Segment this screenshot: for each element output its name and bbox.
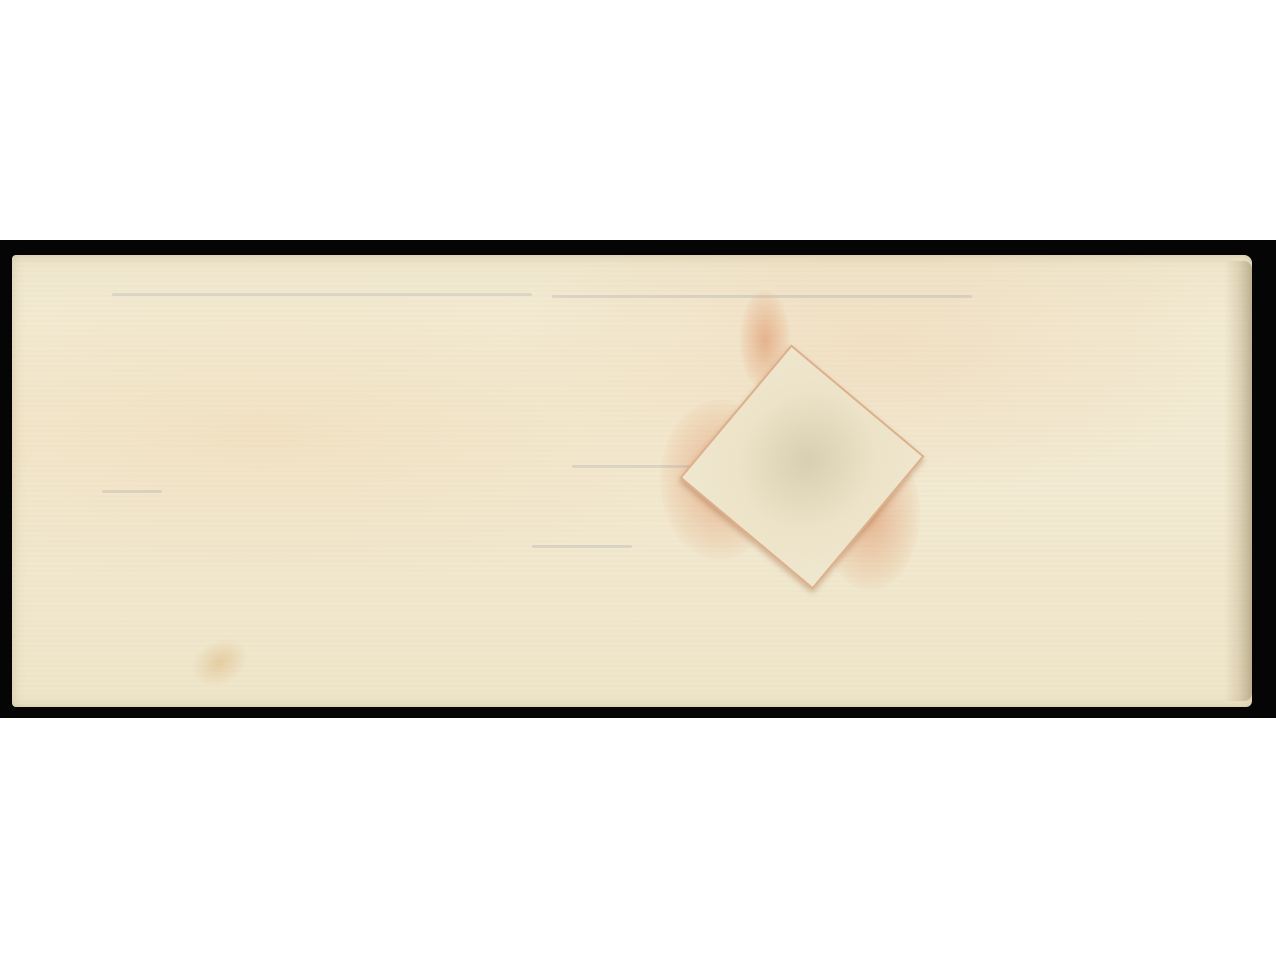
show-through-ink-line bbox=[112, 293, 532, 296]
folded-letter bbox=[12, 255, 1252, 707]
show-through-ink-line bbox=[532, 545, 632, 548]
fold-edge bbox=[1224, 261, 1252, 701]
show-through-ink-line bbox=[102, 490, 162, 493]
